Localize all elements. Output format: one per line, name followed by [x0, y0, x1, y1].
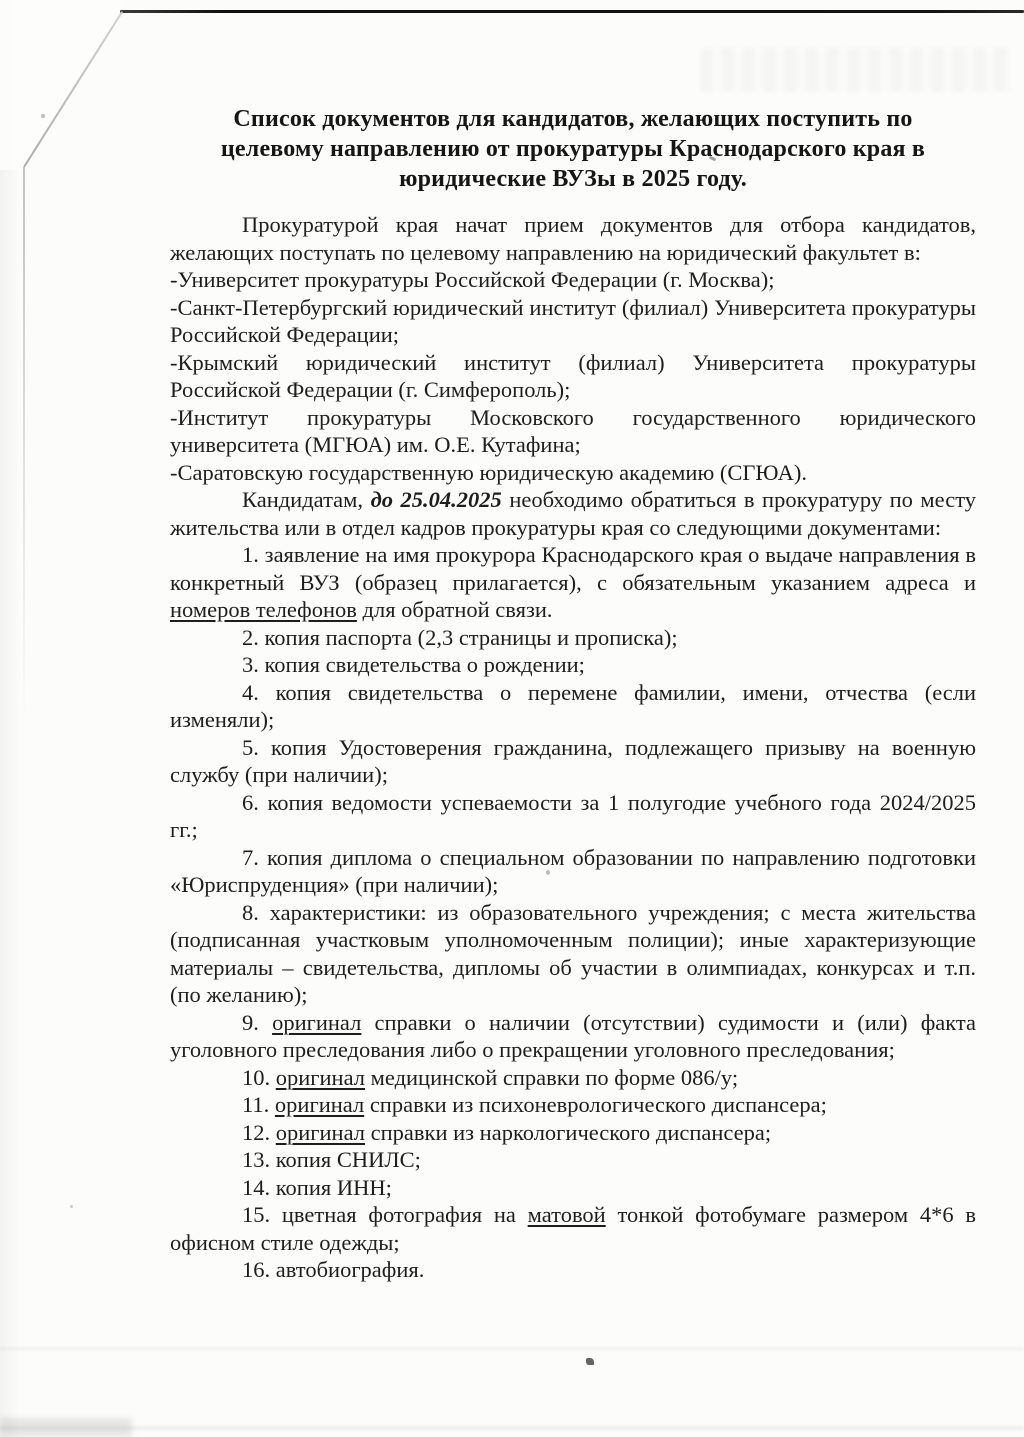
paragraph: 13. копия СНИЛС;: [170, 1146, 976, 1174]
text-run: 15. цветная фотография на: [242, 1202, 528, 1227]
paragraph: 3. копия свидетельства о рождении;: [170, 651, 976, 679]
paragraph: 4. копия свидетельства о перемене фамили…: [170, 679, 976, 734]
text-run: Прокуратурой края начат прием документов…: [170, 212, 976, 265]
text-run: 6. копия ведомости успеваемости за 1 пол…: [170, 790, 976, 843]
text-run: для обратной связи.: [357, 597, 553, 622]
paragraph: -Институт прокуратуры Московского госуда…: [170, 404, 976, 459]
text-run: -Крымский юридический институт (филиал) …: [170, 350, 976, 403]
text-run: -Институт прокуратуры Московского госуда…: [170, 405, 976, 458]
paragraph: 11. оригинал справки из психоневрологиче…: [170, 1091, 976, 1119]
text-run: справки из психоневрологического диспанс…: [364, 1092, 827, 1117]
paragraph: 12. оригинал справки из наркологического…: [170, 1119, 976, 1147]
document-title: Список документов для кандидатов, желающ…: [170, 104, 976, 194]
text-run: 13. копия СНИЛС;: [242, 1147, 421, 1172]
paragraph: 9. оригинал справки о наличии (отсутстви…: [170, 1009, 976, 1064]
text-run: 5. копия Удостоверения гражданина, подле…: [170, 735, 976, 788]
scan-corner-fold-artifact: [0, 0, 125, 170]
scan-speck-artifact: [41, 114, 45, 118]
text-run: 9.: [242, 1010, 272, 1035]
underlined-text: оригинал: [276, 1120, 365, 1145]
text-run: 11.: [242, 1092, 275, 1117]
underlined-text: оригинал: [272, 1010, 361, 1035]
document-body: Прокуратурой края начат прием документов…: [170, 211, 976, 1284]
text-run: 14. копия ИНН;: [242, 1175, 392, 1200]
text-run: Кандидатам,: [242, 487, 371, 512]
paragraph: -Саратовскую государственную юридическую…: [170, 459, 976, 487]
scan-bottom-band-artifact: [0, 1426, 1024, 1430]
underlined-text: оригинал: [276, 1065, 365, 1090]
text-run: 16. автобиография.: [242, 1257, 424, 1282]
scanned-document-page: Список документов для кандидатов, желающ…: [0, 0, 1024, 1437]
paragraph: 5. копия Удостоверения гражданина, подле…: [170, 734, 976, 789]
paragraph: 8. характеристики: из образовательного у…: [170, 899, 976, 1009]
paragraph: -Университет прокуратуры Российской Феде…: [170, 266, 976, 294]
underlined-text: оригинал: [275, 1092, 364, 1117]
text-run: 10.: [242, 1065, 276, 1090]
scan-left-edge-shade-artifact: [0, 0, 20, 1437]
document-content: Список документов для кандидатов, желающ…: [170, 104, 976, 1284]
scan-bottom-band-artifact: [0, 1347, 1024, 1350]
paragraph: 2. копия паспорта (2,3 страницы и пропис…: [170, 624, 976, 652]
paragraph: 10. оригинал медицинской справки по форм…: [170, 1064, 976, 1092]
underlined-text: матовой: [528, 1202, 606, 1227]
text-run: 7. копия диплома о специальном образован…: [170, 845, 976, 898]
text-run: медицинской справки по форме 086/у;: [365, 1065, 738, 1090]
text-run: 3. копия свидетельства о рождении;: [242, 652, 585, 677]
scan-ghost-text-artifact: [700, 48, 1012, 92]
paragraph: 14. копия ИНН;: [170, 1174, 976, 1202]
paragraph: 1. заявление на имя прокурора Краснодарс…: [170, 541, 976, 624]
title-line: юридические ВУЗы в 2025 году.: [170, 164, 976, 194]
text-run: -Университет прокуратуры Российской Феде…: [170, 267, 774, 292]
scan-top-edge-line-artifact: [120, 10, 1024, 13]
paragraph: Прокуратурой края начат прием документов…: [170, 211, 976, 266]
emphasis-text: до 25.04.2025: [371, 487, 502, 512]
text-run: 4. копия свидетельства о перемене фамили…: [170, 680, 976, 733]
text-run: 8. характеристики: из образовательного у…: [170, 900, 976, 1008]
text-run: справки из наркологического диспансера;: [365, 1120, 771, 1145]
text-run: -Санкт-Петербургский юридический институ…: [170, 295, 976, 348]
paragraph: 16. автобиография.: [170, 1256, 976, 1284]
scan-speck-artifact: [70, 1205, 73, 1208]
title-line: целевому направлению от прокуратуры Крас…: [170, 134, 976, 164]
paragraph: 7. копия диплома о специальном образован…: [170, 844, 976, 899]
paragraph: 15. цветная фотография на матовой тонкой…: [170, 1201, 976, 1256]
scan-bottom-smudge-artifact: [0, 1418, 132, 1437]
paragraph: 6. копия ведомости успеваемости за 1 пол…: [170, 789, 976, 844]
paragraph: Кандидатам, до 25.04.2025 необходимо обр…: [170, 486, 976, 541]
text-run: -Саратовскую государственную юридическую…: [170, 460, 807, 485]
text-run: 2. копия паспорта (2,3 страницы и пропис…: [242, 625, 678, 650]
underlined-text: номеров телефонов: [170, 597, 357, 622]
paragraph: -Крымский юридический институт (филиал) …: [170, 349, 976, 404]
text-run: 12.: [242, 1120, 276, 1145]
text-run: 1. заявление на имя прокурора Краснодарс…: [170, 542, 976, 595]
scan-speck-artifact: [586, 1358, 594, 1365]
scan-fold-vertical-artifact: [23, 167, 25, 727]
title-line: Список документов для кандидатов, желающ…: [170, 104, 976, 134]
paragraph: -Санкт-Петербургский юридический институ…: [170, 294, 976, 349]
